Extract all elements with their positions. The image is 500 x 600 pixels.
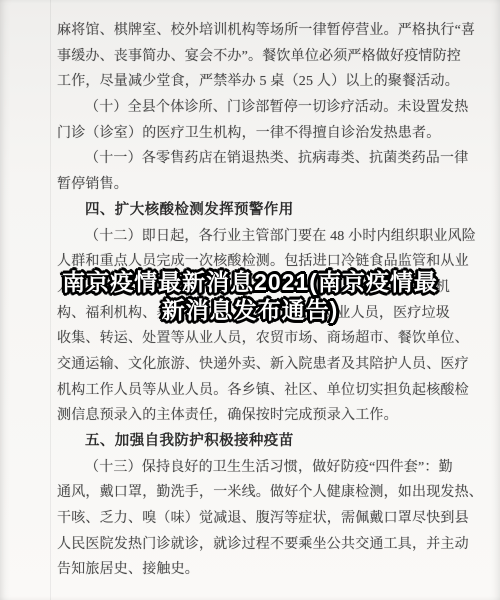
overlay-title-line2: 新消息发布通告) [0, 296, 500, 324]
scanned-document-page: 麻将馆、棋牌室、校外培训机构等场所一律暂停营业。严格执行“喜事缓办、丧事简办、宴… [0, 0, 500, 600]
text-line: 交通运输、文化旅游、快递外卖、新入院患者及其陪护人员、医疗 [57, 352, 450, 378]
text-line: 暂停销售。 [57, 172, 450, 198]
text-line: 麻将馆、棋牌室、校外培训机构等场所一律暂停营业。严格执行“喜 [57, 18, 450, 44]
text-line: （十三）保持良好的卫生生活习惯，做好防疫“四件套”：勤 [57, 455, 450, 481]
text-line: 人民医院发热门诊就诊，就诊过程不要乘坐公共交通工具，并主动 [57, 532, 450, 558]
text-line: （十）全县个体诊所、门诊部暂停一切诊疗活动。未设置发热 [57, 95, 450, 121]
text-line: 事缓办、丧事简办、宴会不办”。餐饮单位必须严格做好疫情防控 [57, 44, 450, 70]
section-heading: 四、扩大核酸检测发挥预警作用 [57, 198, 450, 224]
text-line: 告知旅居史、接触史。 [57, 557, 450, 583]
text-line: 工作，尽量减少堂食，严禁举办 5 桌（25 人）以上的聚餐活动。 [57, 69, 450, 95]
overlay-title: 南京疫情最新消息2021(南京疫情最 新消息发布通告) [0, 268, 500, 324]
text-line: 收集、转运、处置等从业人员，农贸市场、商场超市、餐饮单位、 [57, 326, 450, 352]
text-line: （十二）即日起，各行业主管部门要在 48 小时内组织职业风险 [57, 224, 450, 250]
text-line: 门诊（诊室）的医疗卫生机构，一律不得擅自诊治发热患者。 [57, 121, 450, 147]
text-line: 干咳、乏力、嗅（味）觉减退、腹泻等症状，需佩戴口罩尽快到县 [57, 506, 450, 532]
section-heading: 五、加强自我防护积极接种疫苗 [57, 429, 450, 455]
text-line: 测信息预录入的主体责任，确保按时完成预录入工作。 [57, 403, 450, 429]
overlay-title-line1: 南京疫情最新消息2021(南京疫情最 [0, 268, 500, 296]
text-line: 通风，戴口罩，勤洗手，一米线。做好个人健康检测，如出现发热、 [57, 480, 450, 506]
text-line: 机构工作人员等从业人员。各乡镇、社区、单位切实担负起核酸检 [57, 378, 450, 404]
text-line: （十一）各零售药店在销退热类、抗病毒类、抗菌类药品一律 [57, 146, 450, 172]
